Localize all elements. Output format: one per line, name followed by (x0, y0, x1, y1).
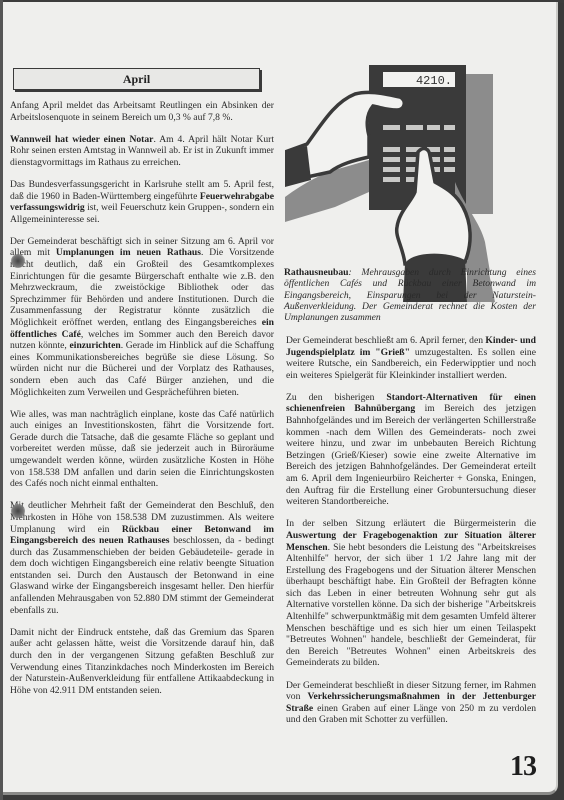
section-header: April (13, 68, 260, 90)
figure-caption: Rathausneubau: Mehrausgaben durch Einric… (284, 267, 536, 323)
body-text: im Bereich des jetzigen Bahnhofgeländes … (286, 403, 536, 507)
body-text: . Die Vorsitzende macht deutlich, daß ei… (10, 247, 274, 328)
right-column: Der Gemeinderat beschließt am 6. April f… (286, 335, 536, 736)
paragraph: Der Gemeinderat beschließt am 6. April f… (286, 335, 536, 381)
paragraph: Wie alles, was man nachträglich einplane… (10, 409, 274, 490)
body-text: Zu den bisherigen (286, 392, 386, 403)
left-column: Anfang April meldet das Arbeitsamt Reutl… (10, 100, 274, 707)
paragraph: Der Gemeinderat beschäftigt sich in sein… (10, 236, 274, 398)
body-text: Anfang April meldet das Arbeitsamt Reutl… (10, 100, 274, 123)
body-text: Wie alles, was man nachträglich einplane… (10, 409, 274, 490)
body-text: Damit nicht der Eindruck entstehe, daß d… (10, 627, 274, 696)
body-text: beschlossen, da - bedingt durch das Zusa… (10, 535, 274, 616)
highlight-text: Umplanungen im neuen Rathaus (56, 247, 201, 258)
calculator-display: 4210. (416, 74, 452, 88)
body-text: In der selben Sitzung erläutert die Bürg… (286, 518, 536, 529)
paragraph: Das Bundesverfassungsgericht in Karlsruh… (10, 179, 274, 225)
scan-smudge (11, 254, 25, 268)
calculator-illustration-icon: 4210. (285, 32, 555, 302)
body-text: . Sie hebt besonders die Leistung des "A… (286, 542, 536, 669)
scan-smudge (11, 504, 25, 518)
paragraph: Anfang April meldet das Arbeitsamt Reutl… (10, 100, 274, 123)
paragraph: Mit deutlicher Mehrheit faßt der Gemeind… (10, 500, 274, 616)
page-number: 13 (510, 751, 536, 783)
body-text: Der Gemeinderat beschließt am 6. April f… (286, 335, 485, 346)
caption-label: Rathausneubau (284, 267, 349, 278)
calculator-hands-icon: 4210. (285, 32, 555, 302)
document-page: April Anfang April meldet das Arbeitsamt… (3, 2, 558, 795)
highlight-text: Wannweil hat wieder einen Notar (10, 134, 153, 145)
highlight-text: einzurichten (70, 340, 121, 351)
section-title: April (123, 72, 150, 86)
body-text: einen Graben auf einer Länge von 250 m z… (286, 703, 536, 726)
paragraph: Wannweil hat wieder einen Notar. Am 4. A… (10, 134, 274, 169)
paragraph: In der selben Sitzung erläutert die Bürg… (286, 518, 536, 669)
paragraph: Damit nicht der Eindruck entstehe, daß d… (10, 627, 274, 697)
paragraph: Der Gemeinderat beschließt in dieser Sit… (286, 680, 536, 726)
paragraph: Zu den bisherigen Standort-Alternativen … (286, 392, 536, 508)
